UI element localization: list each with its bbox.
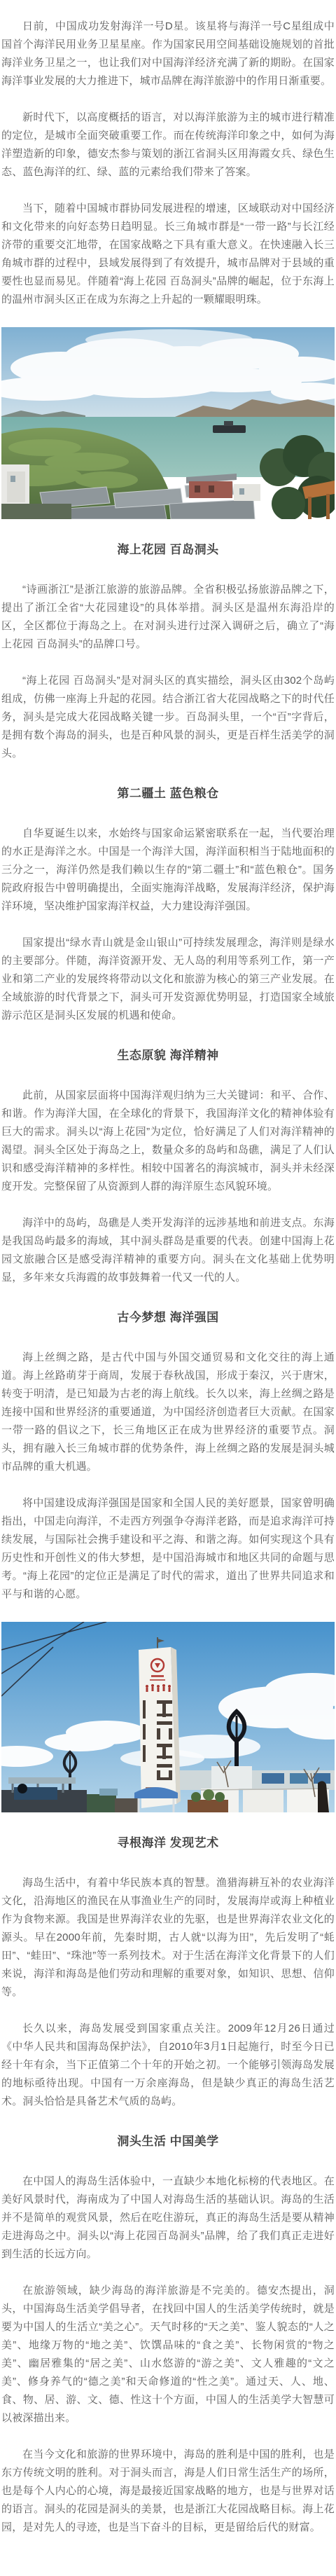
article-paragraph: 在中国人的海岛生活体验中，一直缺少本地化标榜的代表地区。在美好风景时代，海南成为… (1, 2172, 335, 2264)
coastal-photo-art (1, 327, 335, 519)
article-paragraph: 此前，从国家层面将中国海洋观归纳为三大关键词：和平、合作、和谐。作为海洋大国，在… (1, 1087, 335, 1196)
section-heading: 第二疆土 蓝色粮仓 (1, 785, 335, 802)
monument-tower-plaza-photo (1, 1622, 335, 1812)
section-heading: 海上花园 百岛洞头 (1, 542, 335, 558)
boat-left (1, 1777, 87, 1812)
section-heading: 洞头生活 中国美学 (1, 2133, 335, 2150)
intro-paragraph: 新时代下，以高度概括的语言，对以海洋旅游为主的城市进行精准的定位，是城市全面突破… (1, 109, 335, 181)
article-paragraph: “诗画浙江”是浙江旅游的旅游品牌。全省积极弘扬旅游品牌之下，提出了浙江全省“大花… (1, 581, 335, 654)
article-paragraph: 在当今文化和旅游的世界环境中，海岛的胜利是中国的胜利，也是东方传统文明的胜利。对… (1, 2446, 335, 2537)
article-paragraph: 海岛生活中，有着中华民族本真的智慧。渔猎海耕互补的农业海洋文化，沿海地区的渔民在… (1, 1874, 335, 2002)
article-paragraph: 在旅游领域，缺少海岛的海洋旅游是不完美的。德安杰提出，洞头，中国海岛生活美学倡导… (1, 2282, 335, 2427)
article-paragraph: 海上丝绸之路，是古代中国与外国交通贸易和文化交往的海上通道。海上丝路萌芽于商周，… (1, 1349, 335, 1476)
article-paragraph: “海上花园 百岛洞头”是对洞头区的真实描绘，洞头区由302个岛屿组成，仿佛一座海… (1, 672, 335, 763)
article-paragraph: 国家提出“绿水青山就是金山银山”可持续发展理念，海洋则是绿水的主要部分。伴随，海… (1, 934, 335, 1025)
article-body: 日前，中国成功发射海洋一号D星。该星将与海洋一号C星组成中国首个海洋民用业务卫星… (0, 0, 336, 2576)
section-heading: 生态原貌 海洋精神 (1, 1047, 335, 1064)
intro-paragraph: 日前，中国成功发射海洋一号D星。该星将与海洋一号C星组成中国首个海洋民用业务卫星… (1, 18, 335, 90)
monument-photo-art (1, 1622, 335, 1812)
article-paragraph: 自华夏诞生以来，水始终与国家命运紧密联系在一起，当代要治理的水正是海洋之水。中国… (1, 825, 335, 916)
intro-paragraph: 当下，随着中国城市群协同发展进程的增速，区域联动对中国经济和文化带来的向好态势日… (1, 200, 335, 309)
article-paragraph: 长久以来，海岛发展受到国家重点关注。2009年12月26日通过《中华人民共和国海… (1, 2020, 335, 2111)
article-paragraph: 海洋中的岛屿，岛礁是人类开发海洋的远涉基地和前进支点。东海是我国岛屿最多的海域，… (1, 1214, 335, 1287)
coastal-village-sea-photo (1, 327, 335, 519)
section-heading: 古今梦想 海洋强国 (1, 1309, 335, 1326)
article-paragraph: 将中国建设成海洋强国是国家和全国人民的美好愿景，国家曾明确指出，中国走向海洋，不… (1, 1494, 335, 1604)
section-heading: 寻根海洋 发现艺术 (1, 1835, 335, 1852)
monument-tower (139, 1637, 181, 1808)
planters (188, 1789, 228, 1812)
